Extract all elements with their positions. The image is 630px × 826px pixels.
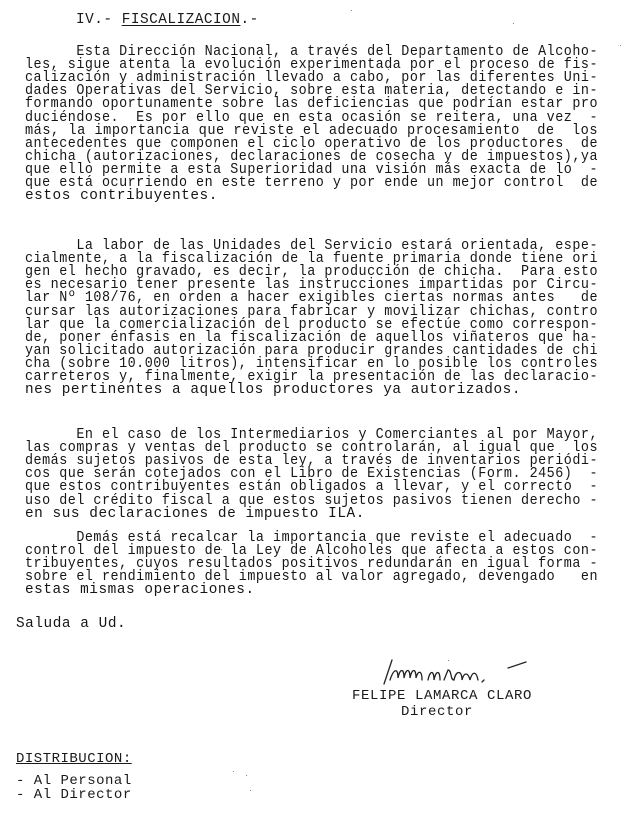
signature-scribble-icon (378, 654, 528, 690)
body-line: estos contribuyentes. (25, 190, 218, 203)
signer-name: FELIPE LAMARCA CLARO (352, 688, 532, 704)
distribution-item: - Al Director (16, 787, 132, 803)
section-number: IV.- (76, 12, 113, 28)
section-suffix: .- (240, 12, 258, 28)
body-line: en sus declaraciones de impuesto ILA. (25, 508, 365, 521)
section-title: FISCALIZACION (122, 12, 241, 28)
body-line: nes pertinentes a aquellos productores y… (25, 384, 521, 397)
section-heading: IV.- FISCALIZACION.- (76, 12, 259, 28)
body-line: estas mismas operaciones. (25, 584, 255, 597)
distribution-title: DISTRIBUCION: (16, 751, 132, 767)
closing-salutation: Saluda a Ud. (16, 618, 126, 631)
document-page: IV.- FISCALIZACION.- Esta Dirección Naci… (0, 0, 630, 826)
signer-title: Director (401, 704, 473, 720)
